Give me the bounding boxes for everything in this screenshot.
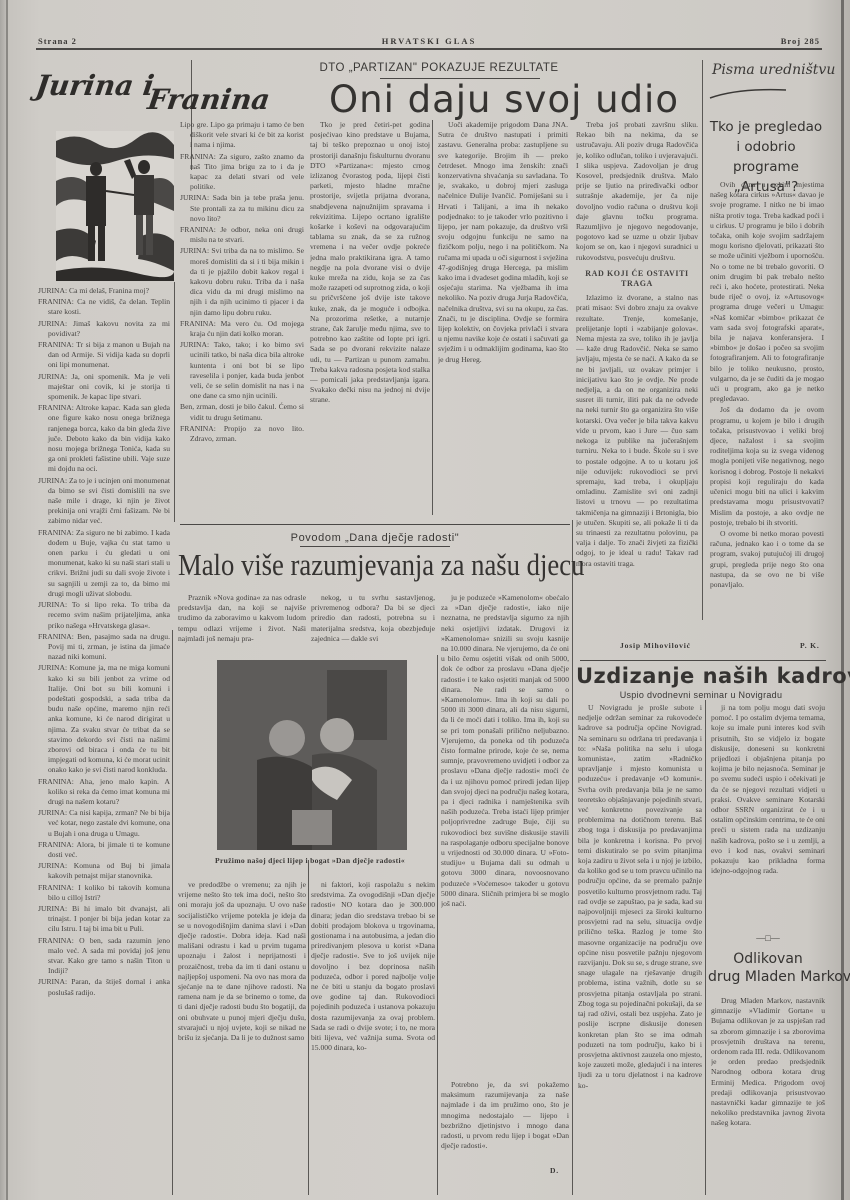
dialog-line: FRANINA: Altroke kapac. Kada san gleda o… <box>38 403 170 474</box>
partizan-column-1: Tko je pred četiri-pet godina posjećivao… <box>310 120 430 515</box>
dialog-line: FRANINA: Aha, jeno malo kapin. A koliko … <box>38 777 170 808</box>
cartoon-illustration <box>56 131 174 281</box>
children-column-3-end: Potrebno je, da svi pokažemo maksimum ra… <box>441 1080 569 1180</box>
children-column-1-bottom: ve predodžbe o vremenu; za njih je vrije… <box>178 880 306 1195</box>
partizan-subsection-title: RAD KOJI ĆE OSTAVITI TRAGA <box>576 269 698 289</box>
cadres-headline: Uzdizanje naših kadrova <box>576 664 826 688</box>
dialog-line: FRANINA: Ben, pasajmo sada na drugu. Pov… <box>38 632 170 663</box>
partizan-column-2: Uoči akademije prigodom Dana JNA. Sutra … <box>438 120 568 515</box>
article-paragraph: ve predodžbe o vremenu; za njih je vrije… <box>178 880 306 1043</box>
dialog-line: FRANINA: Ca ne vidiš, ča delan. Teplin s… <box>38 297 170 317</box>
children-column-2-top: nekog, u tu svrhu sastavljenog, privreme… <box>311 593 435 647</box>
article-paragraph: U Novigradu je prošle subote i nedjelje … <box>578 703 702 1091</box>
dialog-line: JURINA: Komuna od Buj bi jimala kakovih … <box>38 861 170 881</box>
partizan-headline: Oni daju svoj udio <box>308 78 700 121</box>
article-paragraph: Drug Mladen Markov, nastavnik gimnazije … <box>711 996 825 1129</box>
column-rule <box>702 60 703 620</box>
award-headline: Odlikovan drug Mladen Markov <box>708 950 828 986</box>
dialog-line: FRANINA: Za siguro ne bi zabimo. I kada … <box>38 528 170 599</box>
masthead-rule <box>36 48 822 50</box>
swash-decoration-icon <box>708 86 788 100</box>
cadres-column-1: U Novigradu je prošle subote i nedjelje … <box>578 703 702 1195</box>
dialog-line: FRANINA: Je odbor, neka oni drugi mislu … <box>180 225 304 245</box>
dialog-line: FRANINA: Tr si bija z manon u Bujah na d… <box>38 340 170 371</box>
page-right-edge <box>841 0 844 1200</box>
children-column-2-bottom: ni faktori, koji raspolažu s nekim sreds… <box>311 880 435 1195</box>
paper-name: HRVATSKI GLAS <box>34 36 824 46</box>
children-column-1-top: Praznik »Nova godina« za nas odrasle pre… <box>178 593 306 647</box>
cadres-column-2: ji na tom polju mogu dati svoju pomoć. I… <box>711 703 825 928</box>
newspaper-page: Strana 2 HRVATSKI GLAS Broj 285 Jurina i… <box>0 0 850 1200</box>
letters-author: P. K. <box>800 641 820 650</box>
dialog-line: JURINA: Svi triba da na to mislimo. Se m… <box>180 246 304 317</box>
article-paragraph: Potrebno je, da svi pokažemo maksimum ra… <box>441 1080 569 1151</box>
letters-section-label: Pisma uredništvu <box>712 62 835 78</box>
article-paragraph: Ovih dana u nekim mjestima našeg kotara … <box>710 180 824 404</box>
cartoon-drawing-icon <box>56 131 174 281</box>
dialog-line: JURINA: Paran, da štiješ dornal i anka p… <box>38 977 170 997</box>
article-paragraph: Još da dodamo da je ovom programu, u koj… <box>710 405 824 527</box>
dialog-line: FRANINA: Alora, bi jimale ti te komune d… <box>38 840 170 860</box>
article-paragraph: ji na tom polju mogu dati svoju pomoć. I… <box>711 703 825 876</box>
dialog-line: JURINA: Komune ja, ma ne miga komuni kak… <box>38 663 170 775</box>
dialog-line: JURINA: Sada bin ja tebe praša jenu. Ste… <box>180 193 304 224</box>
children-kicker: Povodom „Dana dječje radosti" <box>180 532 570 544</box>
column-rule <box>174 282 175 522</box>
article-paragraph: ju je poduzeće »Kamenolom« obećalo za »D… <box>441 593 569 909</box>
dialog-line: JURINA: Ca mi delaš, Franina moj? <box>38 286 170 296</box>
dialog-line: JURINA: To si lipo reka. To triba da rec… <box>38 600 170 631</box>
article-paragraph: Treba još probati završnu sliku. Rekao b… <box>576 120 698 263</box>
dialog-line: JURINA: Tako, tako; i ko bimo svi ucinil… <box>180 340 304 401</box>
children-headline: Malo više razumjevanja za našu djecu <box>178 547 572 583</box>
dialog-line: JURINA: Bi hi imalo bit dvanajst, ali tr… <box>38 904 170 935</box>
column-rule <box>572 520 573 1195</box>
masthead: Strana 2 HRVATSKI GLAS Broj 285 <box>34 30 824 50</box>
column-rule <box>308 860 309 1195</box>
column-rule <box>705 700 706 1195</box>
dialog-line: FRANINA: Propijo za novo lito. Zdravo, z… <box>180 424 304 444</box>
jurina-franina-left-column: JURINA: Ca mi delaš, Franina moj? FRANIN… <box>38 286 170 1196</box>
dialog-line: Ben, zrman, dosti je bilo čakul. Ćemo si… <box>180 402 304 422</box>
dialog-line: Lipo gre. Lipo ga primaju i tamo će ben … <box>180 120 304 151</box>
article-paragraph: O ovome bi netko morao povesti računa, j… <box>710 529 824 590</box>
issue-number: Broj 285 <box>781 36 820 46</box>
partizan-column-3: Treba još probati završnu sliku. Rekao b… <box>576 120 698 580</box>
jurina-franina-right-column: Lipo gre. Lipo ga primaju i tamo će ben … <box>180 120 304 520</box>
jurina-franina-title: Jurina i Franina <box>36 63 306 118</box>
award-headline-line: drug Mladen Markov <box>708 968 828 986</box>
column-rule <box>437 655 438 1195</box>
award-text: Drug Mladen Markov, nastavnik gimnazije … <box>711 996 825 1176</box>
children-column-3: ju je poduzeće »Kamenolom« obećalo za »D… <box>441 593 569 1073</box>
dialog-line: FRANINA: I koliko bi takovih komuna bilo… <box>38 883 170 903</box>
article-paragraph: nekog, u tu svrhu sastavljenog, privreme… <box>311 593 435 644</box>
page-left-edge <box>6 0 8 1200</box>
dialog-line: JURINA: Ca nisi kapija, zrman? Ne bi bij… <box>38 808 170 839</box>
dialog-line: JURINA: Za to je i ucinjen oni monumenat… <box>38 476 170 527</box>
article-paragraph: Uoči akademije prigodom Dana JNA. Sutra … <box>438 120 568 365</box>
article-paragraph: Tko je pred četiri-pet godina posjećivao… <box>310 120 430 406</box>
dialog-line: FRANINA: Ma vero ću. Od mojega kraja ću … <box>180 319 304 339</box>
children-photo <box>217 660 407 850</box>
partizan-kicker: DTO „PARTIZAN" POKAZUJE REZULTATE <box>308 62 570 74</box>
dialog-line: FRANINA: O ben, sada razumin jeno malo v… <box>38 936 170 977</box>
photo-caption: Pružimo našoj djeci lijep i bogat »Dan d… <box>190 856 430 865</box>
dialog-line: JURINA: Ja, oni spomenik. Ma je veli maj… <box>38 372 170 403</box>
section-rule <box>180 524 570 525</box>
cadres-subheadline: Uspio dvodnevni seminar u Novigradu <box>576 690 826 700</box>
article-paragraph: ni faktori, koji raspolažu s nekim sreds… <box>311 880 435 1053</box>
dialog-line: JURINA: Jimaš kakovu novita za mi povidi… <box>38 319 170 339</box>
dialog-line: FRANINA: Za siguro, zašto znamo da naš T… <box>180 152 304 193</box>
award-headline-line: Odlikovan <box>708 950 828 968</box>
article-paragraph: Izlazimo iz dvorane, a stalno nas prati … <box>576 293 698 568</box>
letters-text: Ovih dana u nekim mjestima našeg kotara … <box>710 180 824 635</box>
column-rule <box>432 120 433 515</box>
article-paragraph: Praznik »Nova godina« za nas odrasle pre… <box>178 593 306 644</box>
column-rule <box>172 630 173 1195</box>
partizan-author: Josip Mihovilović <box>620 641 691 650</box>
section-separator: —□— <box>711 933 825 943</box>
children-author: D. <box>550 1166 559 1175</box>
section-rule <box>580 660 826 661</box>
children-photo-image-icon <box>217 660 407 850</box>
